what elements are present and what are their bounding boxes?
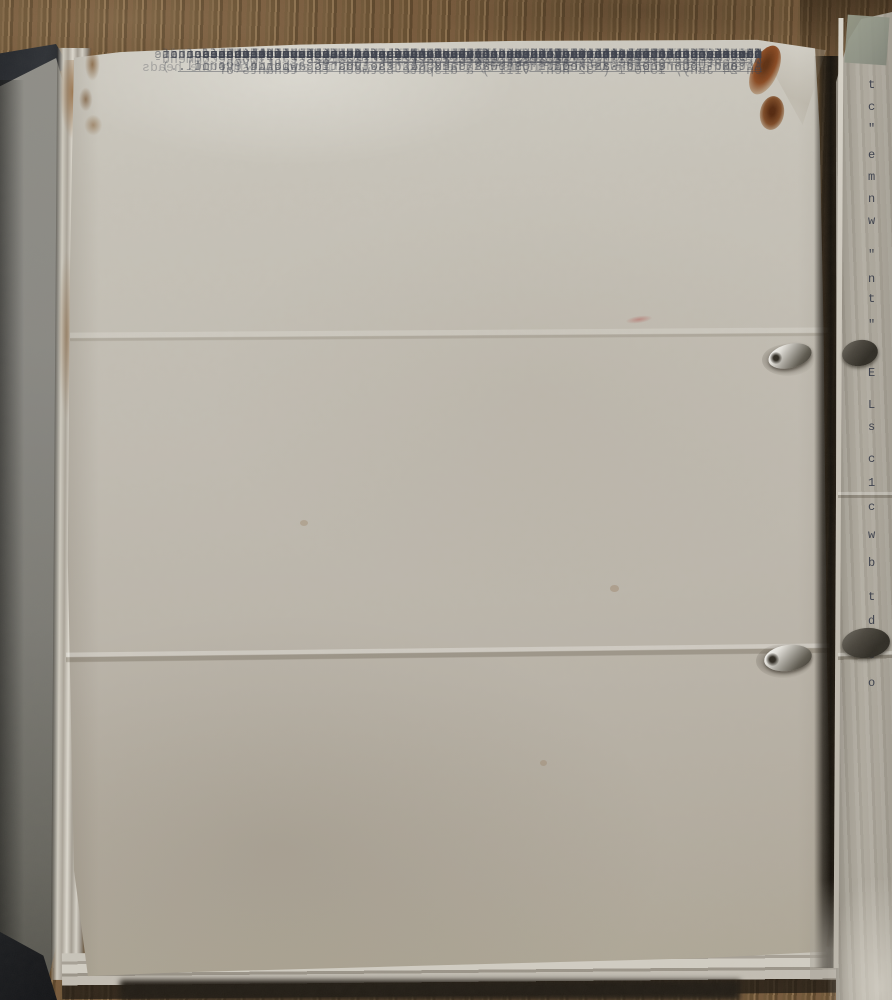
text-line: s (868, 420, 875, 434)
text-line: " (868, 122, 875, 136)
text-line: m (868, 170, 875, 184)
text-line: e (868, 148, 875, 162)
text-line: w (868, 528, 875, 542)
text-line: t (868, 590, 875, 604)
text-line: c (868, 500, 875, 514)
text-line: in and upon their said holdings be and e… (178, 60, 762, 75)
text-line: E (868, 366, 875, 380)
fastener-notch (766, 653, 779, 666)
text-line: " (868, 318, 875, 332)
text-line: L (868, 398, 875, 412)
stack-shadow (120, 980, 740, 1000)
text-line: " (868, 248, 875, 262)
text-line: n (868, 192, 875, 206)
text-line: b (868, 556, 875, 570)
text-line: d (868, 614, 875, 628)
text-line: t (868, 78, 875, 92)
felt-shadow (0, 80, 24, 1000)
fastener-notch (770, 352, 782, 364)
typescript-lines: .............. ......., May 25, 1947."WO… (146, 48, 762, 953)
text-line: c (868, 452, 875, 466)
text-line: 1 (868, 476, 875, 490)
text-line: n (868, 272, 875, 286)
facing-page-text-column: tc"emnw"nt"1ELsc1cwbtdso (862, 0, 890, 1000)
text-line: t (868, 292, 875, 306)
torn-corner-damage (66, 46, 110, 138)
photo-of-bound-typescript: .............. ......., May 25, 1947."WO… (0, 0, 892, 1000)
text-line: c (868, 100, 875, 114)
text-line: o (868, 676, 875, 690)
text-line: w (868, 214, 875, 228)
